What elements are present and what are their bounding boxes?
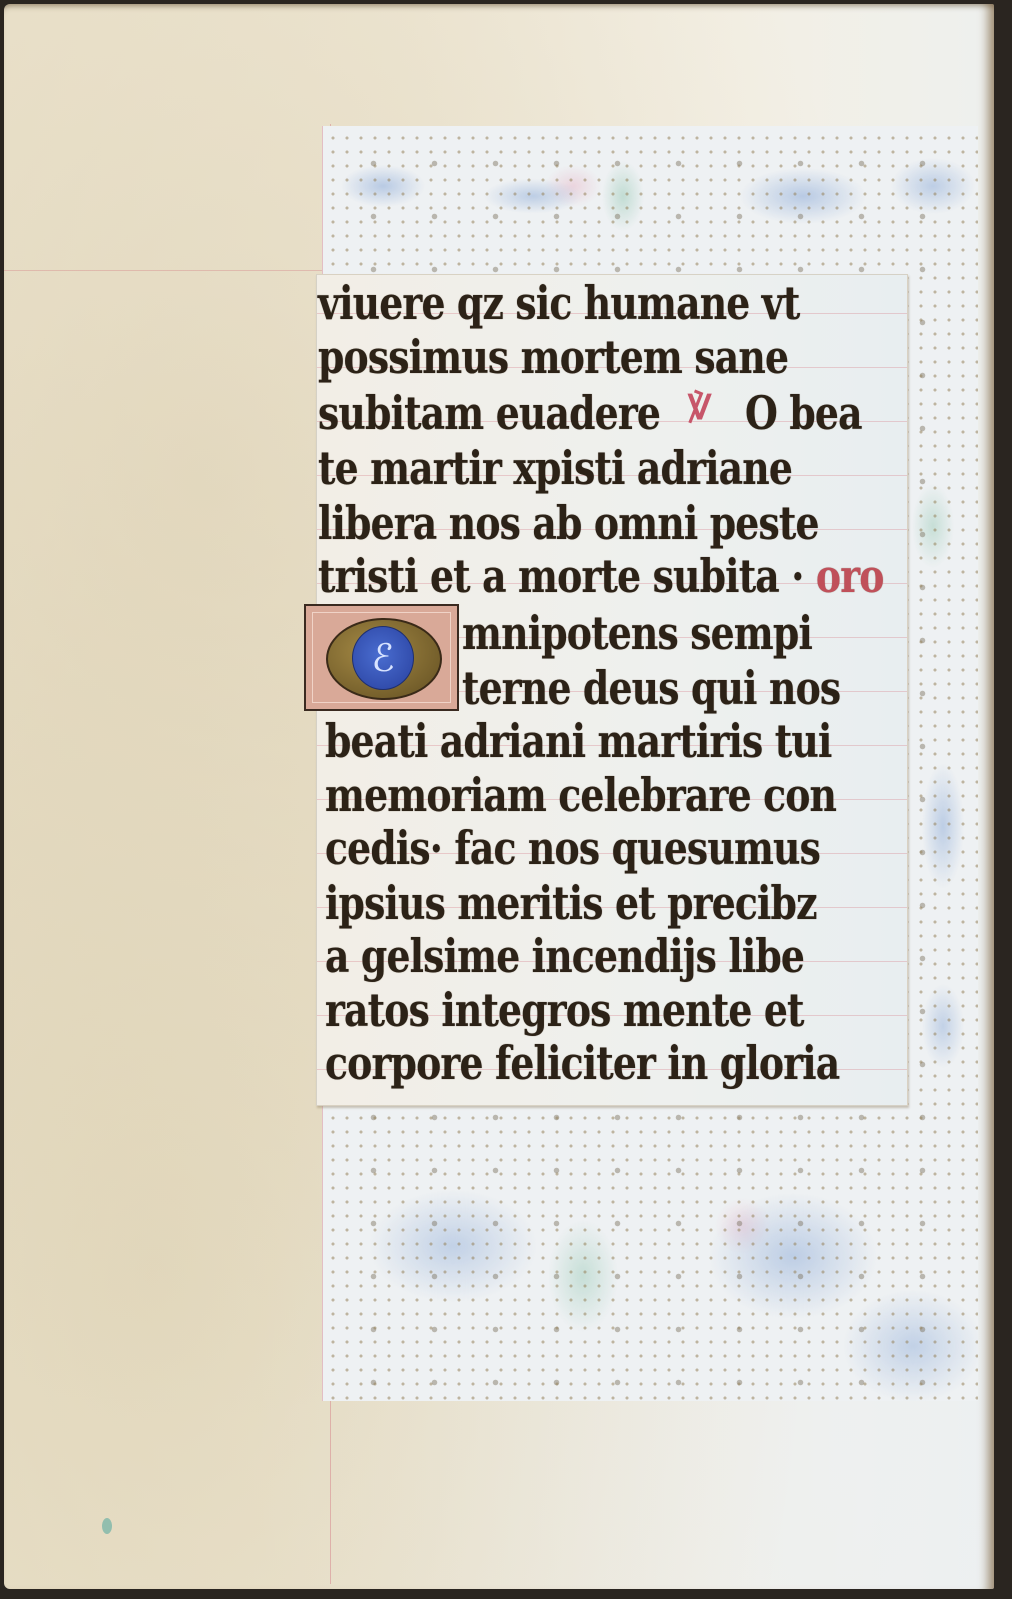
text-line-15: corpore feliciter in gloria bbox=[325, 1040, 839, 1086]
text-line-6-main: tristi et a morte subita · bbox=[318, 549, 804, 603]
initial-gold-ring: ℰ bbox=[326, 618, 442, 700]
text-line-6: tristi et a morte subita · oro bbox=[318, 553, 884, 599]
text-line-8: terne deus qui nos bbox=[462, 665, 840, 711]
oratio-rubric: oro bbox=[816, 549, 884, 603]
text-line-1: viuere qz sic humane vt bbox=[318, 280, 800, 326]
versicle-rubric-mark: ℣ bbox=[688, 392, 726, 424]
text-line-5: libera nos ab omni peste bbox=[318, 500, 819, 546]
text-line-3: subitam euadere bbox=[318, 390, 660, 436]
text-line-3-main: subitam euadere bbox=[318, 386, 660, 440]
top-ruling bbox=[4, 270, 324, 271]
text-line-9: beati adriani martiris tui bbox=[325, 718, 831, 764]
text-line-10: memoriam celebrare con bbox=[325, 772, 836, 818]
text-line-13: a gelsime incendijs libe bbox=[325, 933, 804, 979]
text-line-4: te martir xpisti adriane bbox=[318, 445, 792, 491]
illuminated-initial: ℰ bbox=[304, 604, 459, 711]
text-line-2: possimus mortem sane bbox=[318, 334, 788, 380]
text-line-14: ratos integros mente et bbox=[325, 987, 804, 1033]
text-line-3-continuation: O bea bbox=[745, 390, 862, 436]
text-line-7: mnipotens sempi bbox=[462, 610, 812, 656]
initial-letter: ℰ bbox=[352, 626, 414, 690]
stain bbox=[102, 1518, 112, 1534]
text-line-12: ipsius meritis et precibz bbox=[325, 880, 817, 926]
text-line-11: cedis· fac nos quesumus bbox=[325, 825, 820, 871]
